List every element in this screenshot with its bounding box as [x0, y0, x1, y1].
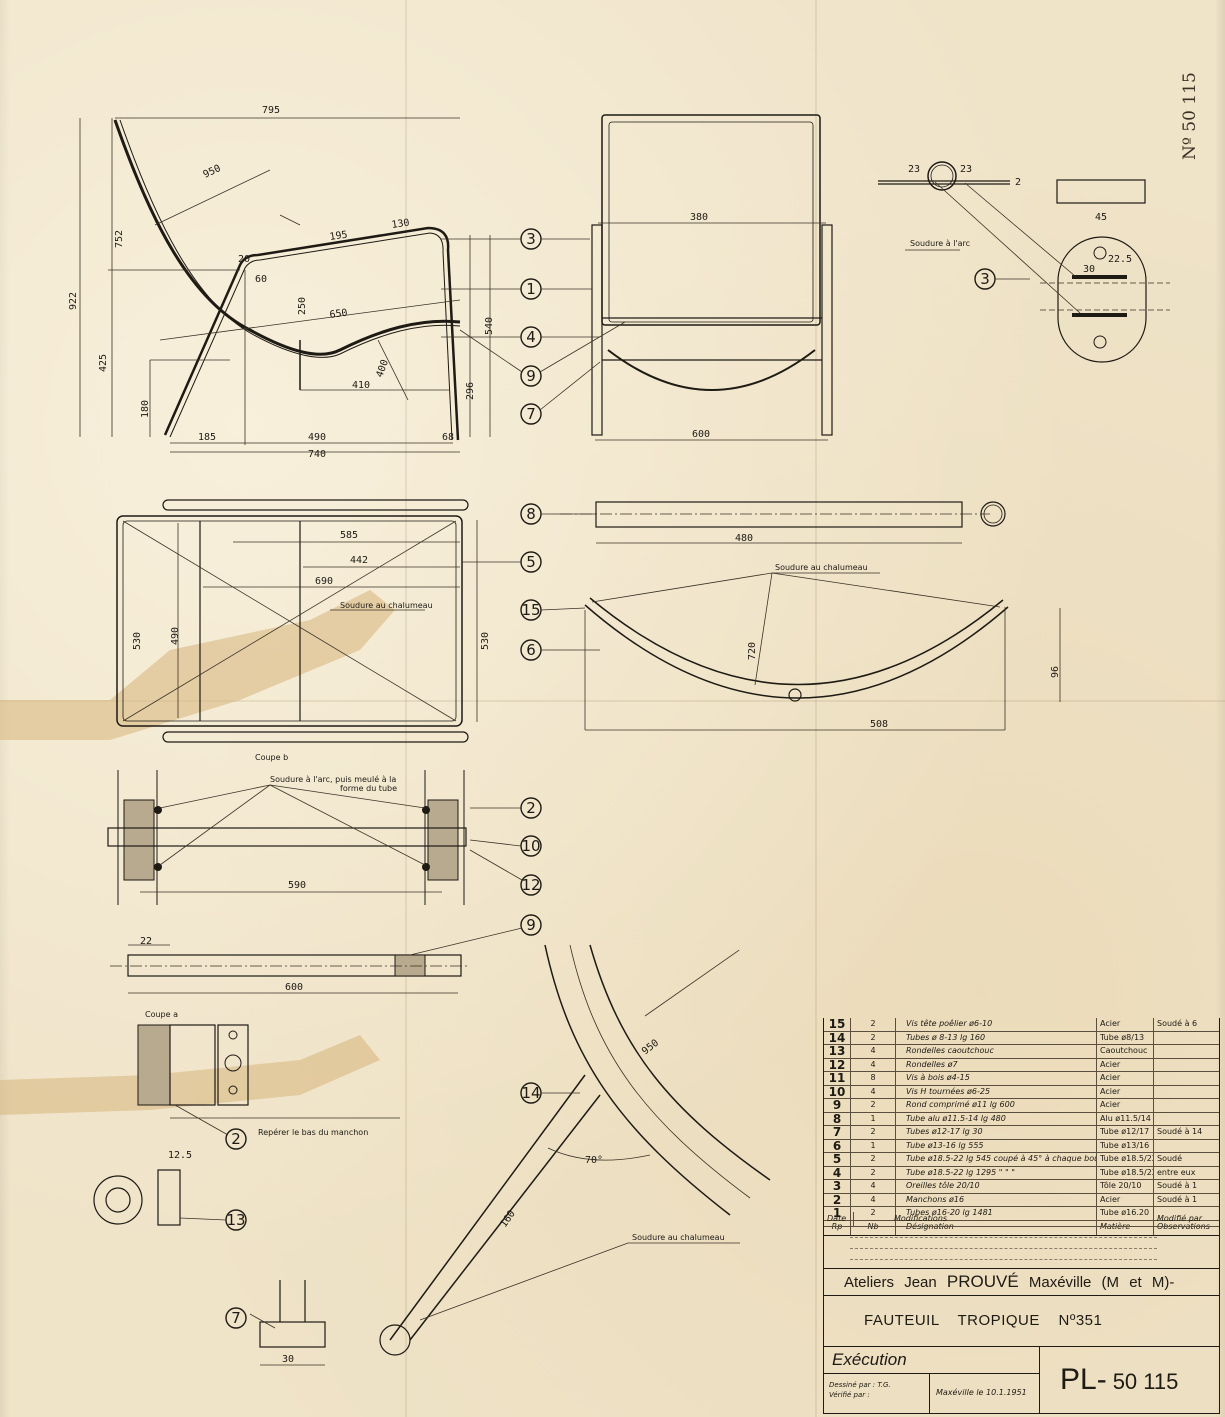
svg-text:22: 22: [140, 936, 152, 947]
balloon-7b: 7: [226, 1308, 246, 1328]
drawn-checked-by: Dessiné par : T.G. Vérifié par :: [824, 1374, 930, 1414]
svg-text:3: 3: [980, 270, 990, 288]
section-b-view: Coupe b Soudure à l'arc, puis meulé à la…: [108, 753, 466, 905]
svg-text:Soudure à l'arc: Soudure à l'arc: [910, 239, 970, 248]
svg-text:950: 950: [640, 1038, 661, 1058]
svg-text:600: 600: [692, 429, 710, 440]
svg-text:70°: 70°: [585, 1155, 603, 1166]
balloon-10: 10: [521, 836, 541, 856]
svg-text:296: 296: [465, 382, 476, 400]
svg-text:14: 14: [521, 1084, 540, 1102]
svg-text:600: 600: [285, 982, 303, 993]
table-row: 72Tubes ø12-17 lg 30Tube ø12/17Soudé à 1…: [824, 1126, 1219, 1140]
balloon-12: 12: [521, 875, 541, 895]
svg-text:590: 590: [288, 880, 306, 891]
svg-text:10: 10: [521, 837, 540, 855]
balloon-4: 4: [521, 327, 541, 347]
table-row: 81Tube alu ø11.5-14 lg 480Alu ø11.5/14: [824, 1113, 1219, 1127]
svg-text:585: 585: [340, 530, 358, 541]
svg-text:425: 425: [98, 354, 109, 372]
svg-text:950: 950: [202, 163, 223, 181]
balloon-6: 6: [521, 640, 541, 660]
svg-text:490: 490: [170, 627, 181, 645]
part-9-view: 22 600: [110, 936, 470, 993]
balloon-9: 9: [521, 366, 541, 386]
svg-text:160: 160: [498, 1209, 517, 1230]
svg-text:20: 20: [238, 254, 250, 265]
parts-list-table: 152Vis tête poêlier ø6-10AcierSoudé à 6 …: [823, 1018, 1220, 1236]
svg-text:96: 96: [1050, 666, 1061, 678]
table-row: 24Manchons ø16AcierSoudé à 1: [824, 1194, 1219, 1208]
dim-795: 795: [262, 105, 280, 116]
part-8-view: 480: [560, 502, 1005, 544]
svg-text:5: 5: [526, 553, 536, 571]
svg-text:15: 15: [521, 601, 540, 619]
svg-text:7: 7: [231, 1309, 241, 1327]
svg-text:30: 30: [1083, 264, 1095, 275]
table-row: 61Tube ø13-16 lg 555Tube ø13/16: [824, 1140, 1219, 1154]
svg-text:508: 508: [870, 719, 888, 730]
balloon-3b: 3: [975, 269, 995, 289]
svg-text:530: 530: [480, 632, 491, 650]
svg-text:9: 9: [526, 367, 536, 385]
svg-text:410: 410: [352, 380, 370, 391]
table-row: 42Tube ø18.5-22 lg 1295 " " "Tube ø18.5/…: [824, 1167, 1219, 1181]
svg-text:442: 442: [350, 555, 368, 566]
svg-text:540: 540: [484, 317, 495, 335]
place-date: Maxéville le 10.1.1951: [930, 1374, 1039, 1414]
balloon-8: 8: [521, 504, 541, 524]
svg-text:23: 23: [908, 164, 920, 175]
svg-text:250: 250: [297, 297, 308, 315]
part-7-view: 30: [260, 1280, 325, 1365]
table-row: 104Vis H tournées ø6-25Acier: [824, 1086, 1219, 1100]
table-row: 118Vis à bois ø4-15Acier: [824, 1072, 1219, 1086]
svg-text:2: 2: [526, 799, 536, 817]
drawing-title: FAUTEUIL TROPIQUE Nº351: [824, 1296, 1219, 1347]
svg-text:180: 180: [140, 400, 151, 418]
svg-text:Soudure à l'arc, puis meulé à: Soudure à l'arc, puis meulé à la: [270, 774, 396, 784]
balloon-7: 7: [521, 404, 541, 424]
svg-text:3: 3: [526, 230, 536, 248]
title-block: Ateliers Jean PROUVÉ Maxéville (M et M)-…: [823, 1268, 1220, 1414]
svg-text:forme du tube: forme du tube: [340, 784, 397, 793]
drawing-status: Exécution: [824, 1347, 1039, 1374]
part-13-view: 12.5: [94, 1150, 192, 1225]
svg-text:490: 490: [308, 432, 326, 443]
modification-line: [850, 1238, 1157, 1249]
svg-text:752: 752: [114, 230, 125, 248]
svg-text:650: 650: [329, 308, 348, 321]
svg-text:Soudure au chalumeau: Soudure au chalumeau: [340, 601, 433, 610]
table-row: 52Tube ø18.5-22 lg 545 coupé à 45° à cha…: [824, 1153, 1219, 1167]
balloon-3: 3: [521, 229, 541, 249]
table-row: 134Rondelles caoutchoucCaoutchouc: [824, 1045, 1219, 1059]
part-14-view: 950 70° 160 Soudure au chalumeau: [380, 945, 770, 1355]
svg-text:720: 720: [747, 642, 758, 660]
svg-text:480: 480: [735, 533, 753, 544]
table-row: 142Tubes ø 8-13 lg 160Tube ø8/13: [824, 1032, 1219, 1046]
svg-text:22.5: 22.5: [1108, 254, 1132, 265]
svg-text:2: 2: [1015, 177, 1021, 188]
svg-text:Soudure au chalumeau: Soudure au chalumeau: [632, 1233, 725, 1242]
table-row: 124Rondelles ø7Acier: [824, 1059, 1219, 1073]
svg-text:Coupe a: Coupe a: [145, 1010, 178, 1019]
svg-text:4: 4: [526, 328, 536, 346]
plan-number: PL-50 115: [1040, 1347, 1219, 1413]
svg-text:60: 60: [255, 274, 267, 285]
svg-text:130: 130: [391, 218, 410, 231]
repair-tape: [0, 590, 395, 1115]
table-row: 34Oreilles tôle 20/10Tôle 20/10Soudé à 1: [824, 1180, 1219, 1194]
svg-text:68: 68: [442, 432, 454, 443]
table-row: 92Rond comprimé ø11 lg 600Acier: [824, 1099, 1219, 1113]
modification-line: [850, 1227, 1157, 1238]
svg-text:23: 23: [960, 164, 972, 175]
svg-text:13: 13: [226, 1211, 245, 1229]
svg-text:12.5: 12.5: [168, 1150, 192, 1161]
part-6-view: Soudure au chalumeau 720 96 508: [585, 563, 1061, 730]
balloon-5: 5: [521, 552, 541, 572]
ear-detail-view: 23 23 2 45 30 22.5 Soudure à l'arc: [878, 162, 1170, 362]
company-name: Ateliers Jean PROUVÉ Maxéville (M et M)-: [824, 1269, 1219, 1296]
svg-text:9: 9: [526, 916, 536, 934]
svg-text:380: 380: [690, 212, 708, 223]
svg-text:400: 400: [374, 358, 391, 379]
balloon-9b: 9: [521, 915, 541, 935]
svg-text:Coupe b: Coupe b: [255, 753, 288, 762]
balloon-2b: 2: [226, 1129, 246, 1149]
balloon-1: 1: [521, 279, 541, 299]
front-elevation-view: 380 600: [592, 115, 832, 440]
balloon-2: 2: [521, 798, 541, 818]
svg-text:45: 45: [1095, 212, 1107, 223]
svg-text:1: 1: [526, 280, 536, 298]
svg-text:7: 7: [526, 405, 536, 423]
svg-text:2: 2: [231, 1130, 241, 1148]
svg-text:922: 922: [68, 292, 79, 310]
svg-text:740: 740: [308, 449, 326, 460]
balloon-14: 14: [521, 1083, 541, 1103]
modifications-block: Date Modifications Modifié par: [823, 1212, 1220, 1269]
balloon-13: 13: [226, 1210, 246, 1230]
table-row: 152Vis tête poêlier ø6-10AcierSoudé à 6: [824, 1018, 1219, 1032]
modification-line: [850, 1249, 1157, 1260]
svg-text:12: 12: [521, 876, 540, 894]
svg-text:690: 690: [315, 576, 333, 587]
side-elevation-view: 795 950 752 922 425 180 185 490 740 68 1…: [68, 105, 495, 460]
svg-text:30: 30: [282, 1354, 294, 1365]
svg-text:530: 530: [132, 632, 143, 650]
svg-text:Soudure au chalumeau: Soudure au chalumeau: [775, 563, 868, 572]
svg-text:6: 6: [526, 641, 536, 659]
svg-text:Repérer le bas du manchon: Repérer le bas du manchon: [258, 1127, 368, 1137]
balloon-15: 15: [521, 600, 541, 620]
svg-text:185: 185: [198, 432, 216, 443]
svg-text:8: 8: [526, 505, 536, 523]
modifications-header: Date Modifications Modifié par: [824, 1212, 1219, 1227]
archive-stamp: Nº 50 115: [1180, 72, 1200, 160]
